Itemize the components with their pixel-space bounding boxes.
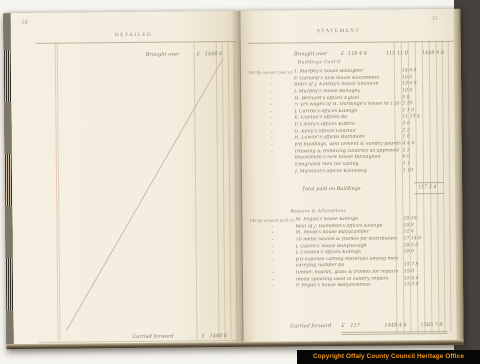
- carried-forward-amount: 117: [350, 323, 360, 329]
- column-rule: [442, 41, 446, 333]
- brought-over-amount: 1448 6: [205, 51, 223, 57]
- brought-over-amount: 115 11 0: [386, 50, 408, 56]
- header-rule: [248, 41, 454, 44]
- cancellation-line: [10, 11, 243, 344]
- ledger-row: "J. Mulvihill's offices Killenbeg1 10: [249, 168, 431, 176]
- ledger-book: 18 DETAILED Brought over £ 1448 6 Carrie…: [3, 9, 463, 349]
- column-rule: [448, 41, 452, 333]
- buildings-entry-list: 144 By amount paid onT. Murphy's house B…: [248, 68, 431, 176]
- section-total-amount: 117 3 4: [418, 185, 436, 191]
- section-heading-repairs: Repairs & Alterations: [290, 209, 346, 215]
- total-rule: [414, 182, 444, 183]
- currency-symbol: £: [201, 333, 204, 339]
- column-rule: [234, 41, 238, 339]
- page-number-left: 18: [21, 20, 27, 26]
- brought-over-amount: 1448 4 6: [422, 50, 444, 56]
- carried-forward-label: Carried forward: [132, 334, 173, 340]
- brought-over-label: Brought over: [146, 52, 180, 58]
- entry-description: P. Fegan's house Ballycommon: [296, 283, 402, 291]
- footer-rule: [341, 333, 447, 335]
- column-rule: [222, 41, 226, 339]
- right-page: 33 STATEMENT Brought over £ 118 4 6 115 …: [240, 9, 456, 342]
- margin-label: ": [250, 284, 296, 291]
- section-total-label: Total paid on Buildings: [302, 186, 360, 193]
- running-head-statement: STATEMENT: [304, 29, 374, 35]
- carried-forward-label: Carried forward: [290, 323, 331, 329]
- currency-symbol: £: [341, 323, 344, 329]
- copyright-bar: Copyright Offaly County Council Heritage…: [297, 350, 480, 364]
- total-rule: [414, 193, 444, 194]
- column-rule: [216, 41, 220, 339]
- currency-symbol: £: [341, 51, 344, 57]
- column-rule: [194, 41, 198, 339]
- repairs-entry-list: 145 By amount paid onM. Fegan's house Ki…: [249, 216, 432, 291]
- currency-symbol: £: [197, 51, 200, 57]
- section-heading-buildings: Buildings Cont'd: [298, 60, 341, 65]
- margin-label: ": [249, 169, 295, 176]
- column-rule: [436, 41, 440, 333]
- left-page: 18 DETAILED Brought over £ 1448 6 Carrie…: [10, 11, 243, 344]
- page-number-right: 33: [431, 16, 437, 22]
- header-rule: [36, 41, 236, 44]
- column-rule: [228, 41, 232, 339]
- scanned-ledger-photo: 18 DETAILED Brought over £ 1448 6 Carrie…: [0, 0, 480, 364]
- brought-over-label: Brought over: [294, 51, 328, 57]
- ledger-row: "P. Fegan's house Ballycommon13 5 8: [250, 283, 432, 291]
- brought-over-amount: 118 4 6: [348, 51, 367, 57]
- running-head-detailed: DETAILED: [101, 33, 167, 39]
- entry-description: J. Mulvihill's offices Killenbeg: [295, 168, 401, 176]
